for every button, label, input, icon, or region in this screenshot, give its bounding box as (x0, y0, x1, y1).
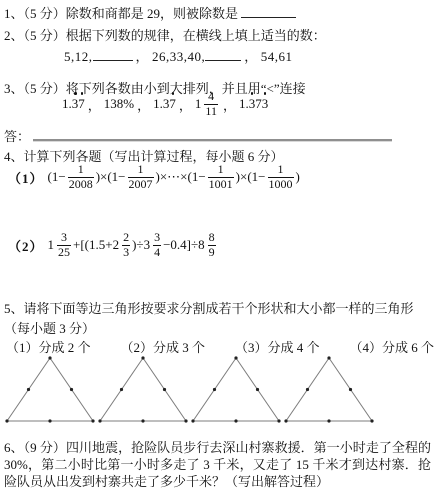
triangle-figure-4 (284, 355, 374, 425)
dotted-digit: 3 (262, 96, 269, 112)
num-5-repeating-decimal: 1.373 (239, 96, 268, 112)
question-5-score: （每小题 3 分） (4, 321, 95, 336)
subitem-1: （1）分成 2 个 (6, 337, 91, 356)
item-label: （1） (8, 168, 44, 187)
mixed-number: 334 (144, 231, 164, 260)
fraction: 325 (57, 231, 71, 260)
fraction: 89 (208, 231, 216, 260)
fraction: 11000 (268, 163, 294, 192)
expr-text: ) (296, 169, 300, 185)
question-5-line-1: 5、请将下面等边三角形按要求分割成若干个形状和大小都一样的三角形 (4, 298, 414, 317)
num-3-repeating-decimal: 1.37 (153, 96, 176, 112)
question-4-item-1: （1） (1− 12008 )×(1− 12007 )×⋯×(1− 11001 … (8, 163, 300, 192)
fraction: 34 (153, 231, 161, 260)
mixed-number: 223 (113, 231, 133, 260)
answer-label: 答： (4, 126, 30, 145)
triangle-figure-3 (191, 355, 281, 425)
expr-text: )×(1− (236, 169, 266, 185)
triangle-figure-2 (98, 355, 188, 425)
question-1: 1、（5 分）除数和商都是 29，则被除数是 (4, 3, 296, 22)
num-1-repeating-decimal: 1.37 (62, 96, 85, 112)
num-4-mixed-fraction: 1411 (195, 90, 220, 119)
expr-text: )×(1− (96, 169, 126, 185)
question-4-header-text: 4、计算下列各题（写出计算过程，每小题 6 分） (4, 149, 284, 164)
expr-text: )÷ (132, 237, 143, 253)
subitem-3: （3）分成 4 个 (235, 337, 320, 356)
question-2-sequence: 5,12,，26,33,40,，54,61 (64, 46, 293, 65)
dotted-digit: 3 (249, 96, 256, 112)
question-1-answer-blank (241, 4, 296, 18)
num-sep: ， (179, 95, 192, 114)
fraction: 12008 (68, 163, 94, 192)
fraction: 11001 (208, 163, 234, 192)
seq-part-1: 5,12, (64, 49, 93, 64)
worksheet-page: 1、（5 分）除数和商都是 29，则被除数是 2、（5 分）根据下列数的规律，在… (0, 0, 434, 499)
subitem-2: （2）分成 3 个 (121, 337, 206, 356)
num-sep: ， (223, 95, 236, 114)
question-1-text: 1、（5 分）除数和商都是 29，则被除数是 (4, 6, 238, 21)
fraction: 12007 (128, 163, 154, 192)
mixed-number: 889 (198, 231, 218, 260)
question-4-item-2: （2） 1325 +[(1.5+ 223 )÷ 334 −0.4]÷ 889 (8, 231, 218, 260)
triangle-figure-1 (5, 355, 95, 425)
expr-text: (1− (48, 169, 66, 185)
num-sep: ， (88, 95, 101, 114)
expr-text: )×⋯×(1− (156, 169, 206, 185)
expr-text: −0.4]÷ (163, 237, 198, 253)
answer-row: 答： (4, 126, 392, 145)
question-5-line-2: （每小题 3 分） (4, 318, 95, 337)
question-5-text: 5、请将下面等边三角形按要求分割成若干个形状和大小都一样的三角形 (4, 301, 414, 316)
subitem-4: （4）分成 6 个 (350, 337, 434, 356)
question-2-text: 2、（5 分）根据下列数的规律，在横线上填上适当的数： (4, 28, 326, 43)
dotted-digit: 7 (169, 96, 176, 112)
seq-blank-2 (205, 47, 241, 61)
seq-sep-2: ， (244, 49, 258, 64)
num-sep: ， (137, 95, 150, 114)
fraction: 411 (204, 90, 218, 119)
question-5-subitems: （1）分成 2 个 （2）分成 3 个 （3）分成 4 个 （4）分成 6 个 (6, 337, 434, 356)
question-6: 6、（9 分）四川地震，抢险队员步行去深山村寨救援．第一小时走了全程的 30%，… (4, 439, 431, 490)
triangle-figures (5, 355, 374, 425)
answer-underline (33, 139, 392, 142)
fraction: 23 (122, 231, 130, 260)
question-6-text: 6、（9 分）四川地震，抢险队员步行去深山村寨救援．第一小时走了全程的 30%，… (4, 440, 431, 489)
expr-text: +[(1.5+ (73, 237, 113, 253)
question-3-numbers: 1.37 ， 138% ， 1.37 ， 1411 ， 1.373 (62, 90, 268, 119)
seq-sep-1: ， (136, 49, 150, 64)
seq-part-2: 26,33,40, (152, 49, 205, 64)
num-2-percent: 138% (104, 96, 134, 112)
question-2: 2、（5 分）根据下列数的规律，在横线上填上适当的数： (4, 25, 326, 44)
seq-blank-1 (93, 47, 133, 61)
dotted-digit: 7 (78, 96, 85, 112)
item-label: （2） (8, 236, 44, 255)
seq-part-3: 54,61 (261, 49, 293, 64)
mixed-number: 1325 (48, 231, 74, 260)
